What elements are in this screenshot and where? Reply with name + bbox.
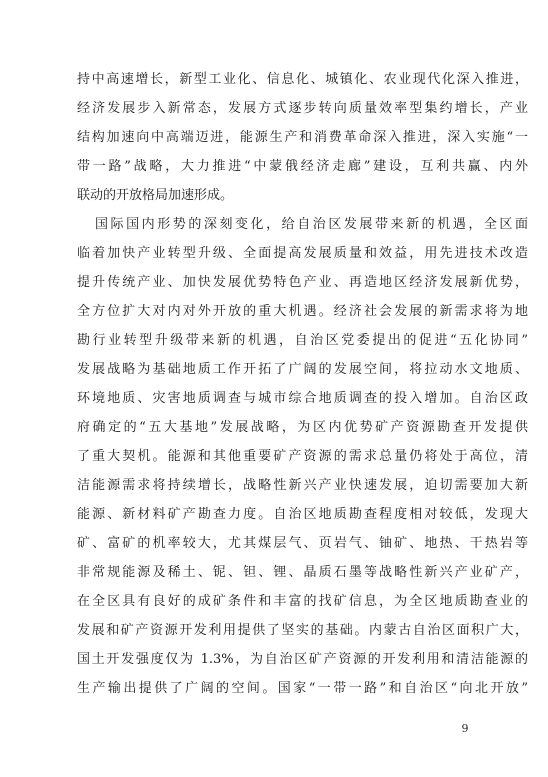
text-line: 在全区具有良好的成矿条件和丰富的找矿信息，为全区地质勘查业的 — [77, 587, 528, 616]
text-line: 全方位扩大对内对外开放的重大机遇。经济社会发展的新需求将为地 — [77, 297, 528, 326]
text-line: 发展和矿产资源开发利用提供了坚实的基础。内蒙古自治区面积广大， — [77, 616, 528, 645]
text-line: 提升传统产业、加快发展优势特色产业、再造地区经济发展新优势， — [77, 268, 528, 297]
text-line: 非常规能源及稀土、铌、钽、锂、晶质石墨等战略性新兴产业矿产， — [77, 558, 528, 587]
page-number: 9 — [459, 721, 471, 736]
text-line: 国土开发强度仅为 1.3%，为自治区矿产资源的开发利用和清洁能源的 — [77, 645, 528, 674]
text-line: 生产输出提供了广阔的空间。国家“一带一路”和自治区“向北开放” — [77, 674, 528, 703]
text-line: 结构加速向中高端迈进，能源生产和消费革命深入推进，深入实施“一 — [77, 123, 528, 152]
text-line: 环境地质、灾害地质调查与城市综合地质调查的投入增加。自治区政 — [77, 384, 528, 413]
body-text: 持中高速增长，新型工业化、信息化、城镇化、农业现代化深入推进，经济发展步入新常态… — [77, 65, 528, 703]
text-line: 洁能源需求将持续增长，战略性新兴产业快速发展，迫切需要加大新 — [77, 471, 528, 500]
text-line: 经济发展步入新常态，发展方式逐步转向质量效率型集约增长，产业 — [77, 94, 528, 123]
text-line: 国际国内形势的深刻变化，给自治区发展带来新的机遇，全区面 — [77, 210, 528, 239]
text-line: 了重大契机。能源和其他重要矿产资源的需求总量仍将处于高位，清 — [77, 442, 528, 471]
document-page: 持中高速增长，新型工业化、信息化、城镇化、农业现代化深入推进，经济发展步入新常态… — [0, 0, 548, 777]
text-line: 发展战略为基础地质工作开拓了广阔的发展空间，将拉动水文地质、 — [77, 355, 528, 384]
text-line: 府确定的“五大基地”发展战略，为区内优势矿产资源勘查开发提供 — [77, 413, 528, 442]
text-line: 能源、新材料矿产勘查力度。自治区地质勘查程度相对较低，发现大 — [77, 500, 528, 529]
text-line: 矿、富矿的机率较大，尤其煤层气、页岩气、铀矿、地热、干热岩等 — [77, 529, 528, 558]
text-line: 临着加快产业转型升级、全面提高发展质量和效益，用先进技术改造 — [77, 239, 528, 268]
paragraph: 国际国内形势的深刻变化，给自治区发展带来新的机遇，全区面临着加快产业转型升级、全… — [77, 210, 528, 703]
paragraph: 持中高速增长，新型工业化、信息化、城镇化、农业现代化深入推进，经济发展步入新常态… — [77, 65, 528, 210]
text-line: 联动的开放格局加速形成。 — [77, 181, 528, 210]
text-line: 持中高速增长，新型工业化、信息化、城镇化、农业现代化深入推进， — [77, 65, 528, 94]
text-line: 带一路”战略，大力推进“中蒙俄经济走廊”建设，互利共赢、内外 — [77, 152, 528, 181]
text-line: 勘行业转型升级带来新的机遇，自治区党委提出的促进“五化协同” — [77, 326, 528, 355]
